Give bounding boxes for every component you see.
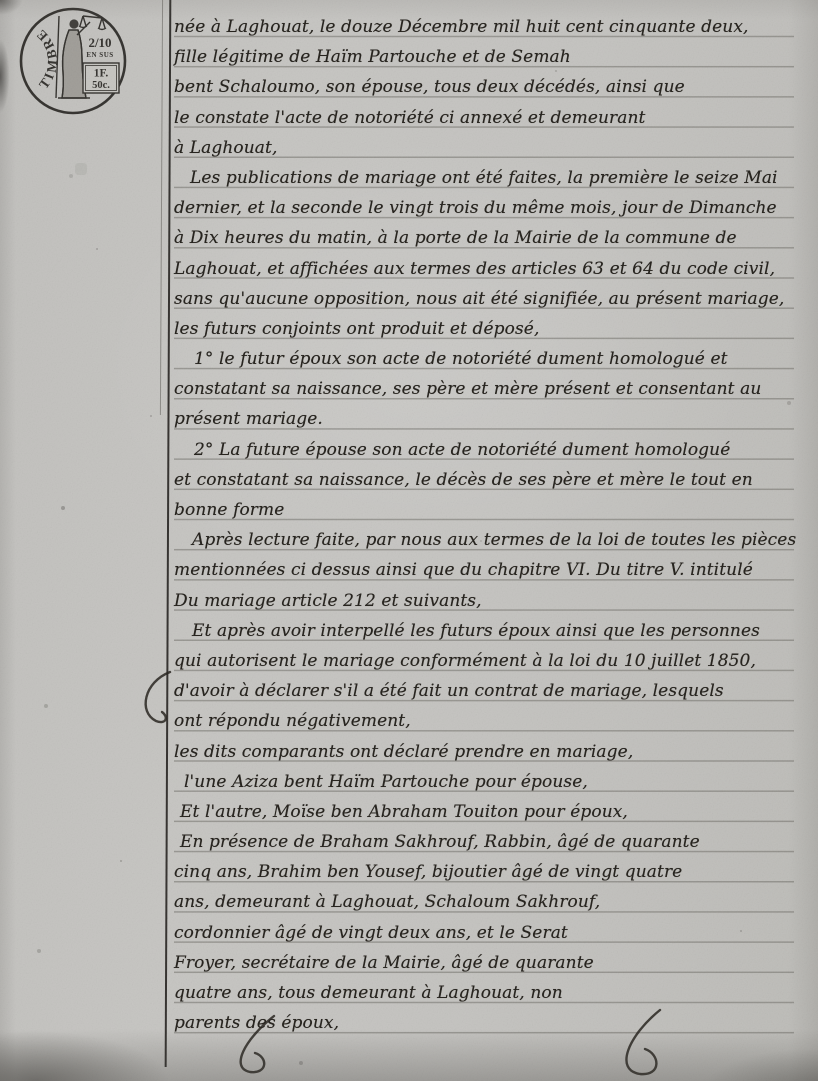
manuscript-line-21: Et après avoir interpellé les futurs épo… <box>174 616 794 646</box>
paper-speckles <box>0 0 2 2</box>
margin-rule-line <box>165 0 172 1067</box>
ink-flourish-bottom-left <box>222 1012 308 1080</box>
scanned-document-page: TIMBRE 2/10 EN SUS <box>0 0 818 1081</box>
revenue-stamp: TIMBRE 2/10 EN SUS <box>14 2 134 122</box>
manuscript-line-17: bonne forme <box>174 495 794 525</box>
manuscript-line-27: Et l'autre, Moïse ben Abraham Touiton po… <box>174 797 794 827</box>
manuscript-line-3: bent Schaloumo, son épouse, tous deux dé… <box>174 72 794 102</box>
manuscript-line-10: sans qu'aucune opposition, nous ait été … <box>174 284 794 314</box>
manuscript-line-31: cordonnier âgé de vingt deux ans, et le … <box>174 918 794 948</box>
manuscript-line-30: ans, demeurant à Laghouat, Schaloum Sakh… <box>174 887 794 917</box>
manuscript-line-8: à Dix heures du matin, à la porte de la … <box>174 223 794 253</box>
manuscript-line-4: le constate l'acte de notoriété ci annex… <box>174 103 794 133</box>
manuscript-line-32: Froyer, secrétaire de la Mairie, âgé de … <box>174 948 794 978</box>
margin-rule-line-faint <box>160 0 163 415</box>
manuscript-line-15: 2° La future épouse son acte de notoriét… <box>174 435 794 465</box>
manuscript-line-28: En présence de Braham Sakhrouf, Rabbin, … <box>174 827 794 857</box>
manuscript-line-18: Après lecture faite, par nous aux termes… <box>174 525 794 555</box>
manuscript-line-7: dernier, et la seconde le vingt trois du… <box>174 193 794 223</box>
manuscript-line-22: qui autorisent le mariage conformément à… <box>174 646 794 676</box>
manuscript-line-13: constatant sa naissance, ses père et mèr… <box>174 374 794 404</box>
manuscript-line-23: d'avoir à déclarer s'il a été fait un co… <box>174 676 794 706</box>
manuscript-line-29: cinq ans, Brahim ben Yousef, bijoutier â… <box>174 857 794 887</box>
manuscript-line-6: Les publications de mariage ont été fait… <box>174 163 794 193</box>
manuscript-line-25: les dits comparants ont déclaré prendre … <box>174 737 794 767</box>
revenue-stamp-graphic: TIMBRE 2/10 EN SUS <box>14 2 134 122</box>
manuscript-line-14: présent mariage. <box>174 404 794 434</box>
stamp-value-francs: 1F. <box>94 68 109 80</box>
stamp-value-box: 1F. 50c. <box>83 63 119 93</box>
manuscript-text-block: née à Laghouat, le douze Décembre mil hu… <box>174 12 794 1038</box>
stamp-surcharge-label: EN SUS <box>86 51 113 59</box>
manuscript-line-11: les futurs conjoints ont produit et dépo… <box>174 314 794 344</box>
manuscript-line-5: à Laghouat, <box>174 133 794 163</box>
manuscript-line-20: Du mariage article 212 et suivants, <box>174 586 794 616</box>
manuscript-line-9: Laghouat, et affichées aux termes des ar… <box>174 254 794 284</box>
manuscript-line-1: née à Laghouat, le douze Décembre mil hu… <box>174 12 794 42</box>
manuscript-line-16: et constatant sa naissance, le décès de … <box>174 465 794 495</box>
stamp-surcharge-value: 2/10 <box>88 35 111 50</box>
stamp-value-centimes: 50c. <box>92 80 110 91</box>
manuscript-line-33: quatre ans, tous demeurant à Laghouat, n… <box>174 978 794 1008</box>
manuscript-line-19: mentionnées ci dessus ainsi que du chapi… <box>174 555 794 585</box>
manuscript-line-24: ont répondu négativement, <box>174 706 794 736</box>
ink-flourish-bottom-right <box>598 1006 714 1080</box>
manuscript-line-12: 1° le futur époux son acte de notoriété … <box>174 344 794 374</box>
ink-flourish-margin <box>136 668 180 730</box>
manuscript-line-26: l'une Aziza bent Haïm Partouche pour épo… <box>174 767 794 797</box>
manuscript-line-2: fille légitime de Haïm Partouche et de S… <box>174 42 794 72</box>
